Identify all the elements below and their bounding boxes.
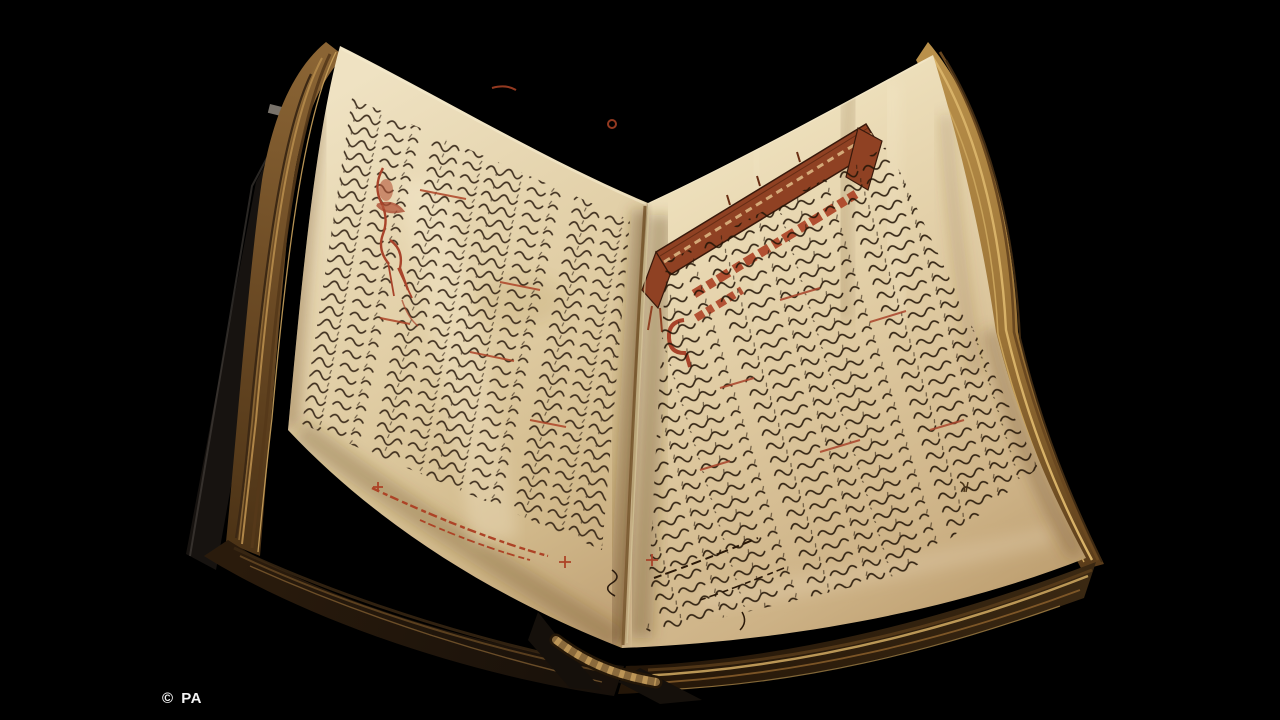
photo-canvas: © PA bbox=[0, 0, 1280, 720]
photo-credit: © PA bbox=[162, 690, 202, 707]
manuscript-photo bbox=[0, 0, 1280, 720]
